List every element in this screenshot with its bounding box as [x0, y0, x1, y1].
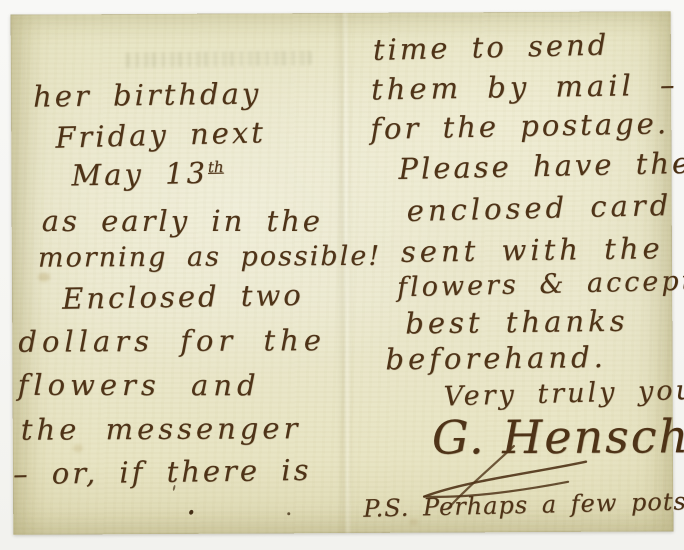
handwriting-line: enclosed card — [406, 188, 672, 228]
handwriting-line: them by mail – — [371, 68, 679, 107]
handwriting-line: as early in the — [42, 204, 323, 238]
handwriting-line: May 13th — [71, 156, 224, 193]
date-text: May 13 — [71, 156, 208, 193]
handwriting-line: sent with the — [401, 231, 664, 269]
left-page: her birthday Friday next May 13th as ear… — [11, 13, 349, 535]
scan-background: her birthday Friday next May 13th as ear… — [0, 0, 684, 550]
handwriting-line: morning as possible! — [38, 241, 381, 274]
handwriting-line: for the postage. — [370, 106, 669, 146]
handwriting-line: Enclosed two — [62, 278, 304, 316]
right-page: time to send them by mail – for the post… — [358, 11, 674, 533]
signature-name: G. Henschel — [432, 409, 684, 465]
handwriting-line: Please have the — [398, 146, 684, 186]
letter-paper: her birthday Friday next May 13th as ear… — [11, 11, 674, 534]
ink-speck — [287, 512, 290, 515]
handwriting-line: beforehand. — [385, 340, 607, 376]
handwriting-line: best thanks — [405, 304, 629, 341]
handwriting-line: dollars for the — [18, 323, 326, 359]
handwriting-line: – or, if there is — [13, 453, 312, 491]
postscript: P.S. Perhaps a few pots — [363, 487, 684, 522]
handwriting-line: Friday next — [55, 115, 266, 155]
handwriting-line: her birthday — [33, 76, 262, 113]
handwriting-line: flowers & accept — [397, 266, 684, 304]
handwriting-line: flowers and — [18, 368, 261, 402]
date-superscript: th — [208, 158, 224, 176]
handwriting-line: time to send — [372, 28, 609, 67]
closing-line: Very truly yours — [443, 374, 684, 412]
signature: G. Henschel — [432, 409, 684, 465]
handwriting-line: the messenger — [21, 411, 302, 446]
